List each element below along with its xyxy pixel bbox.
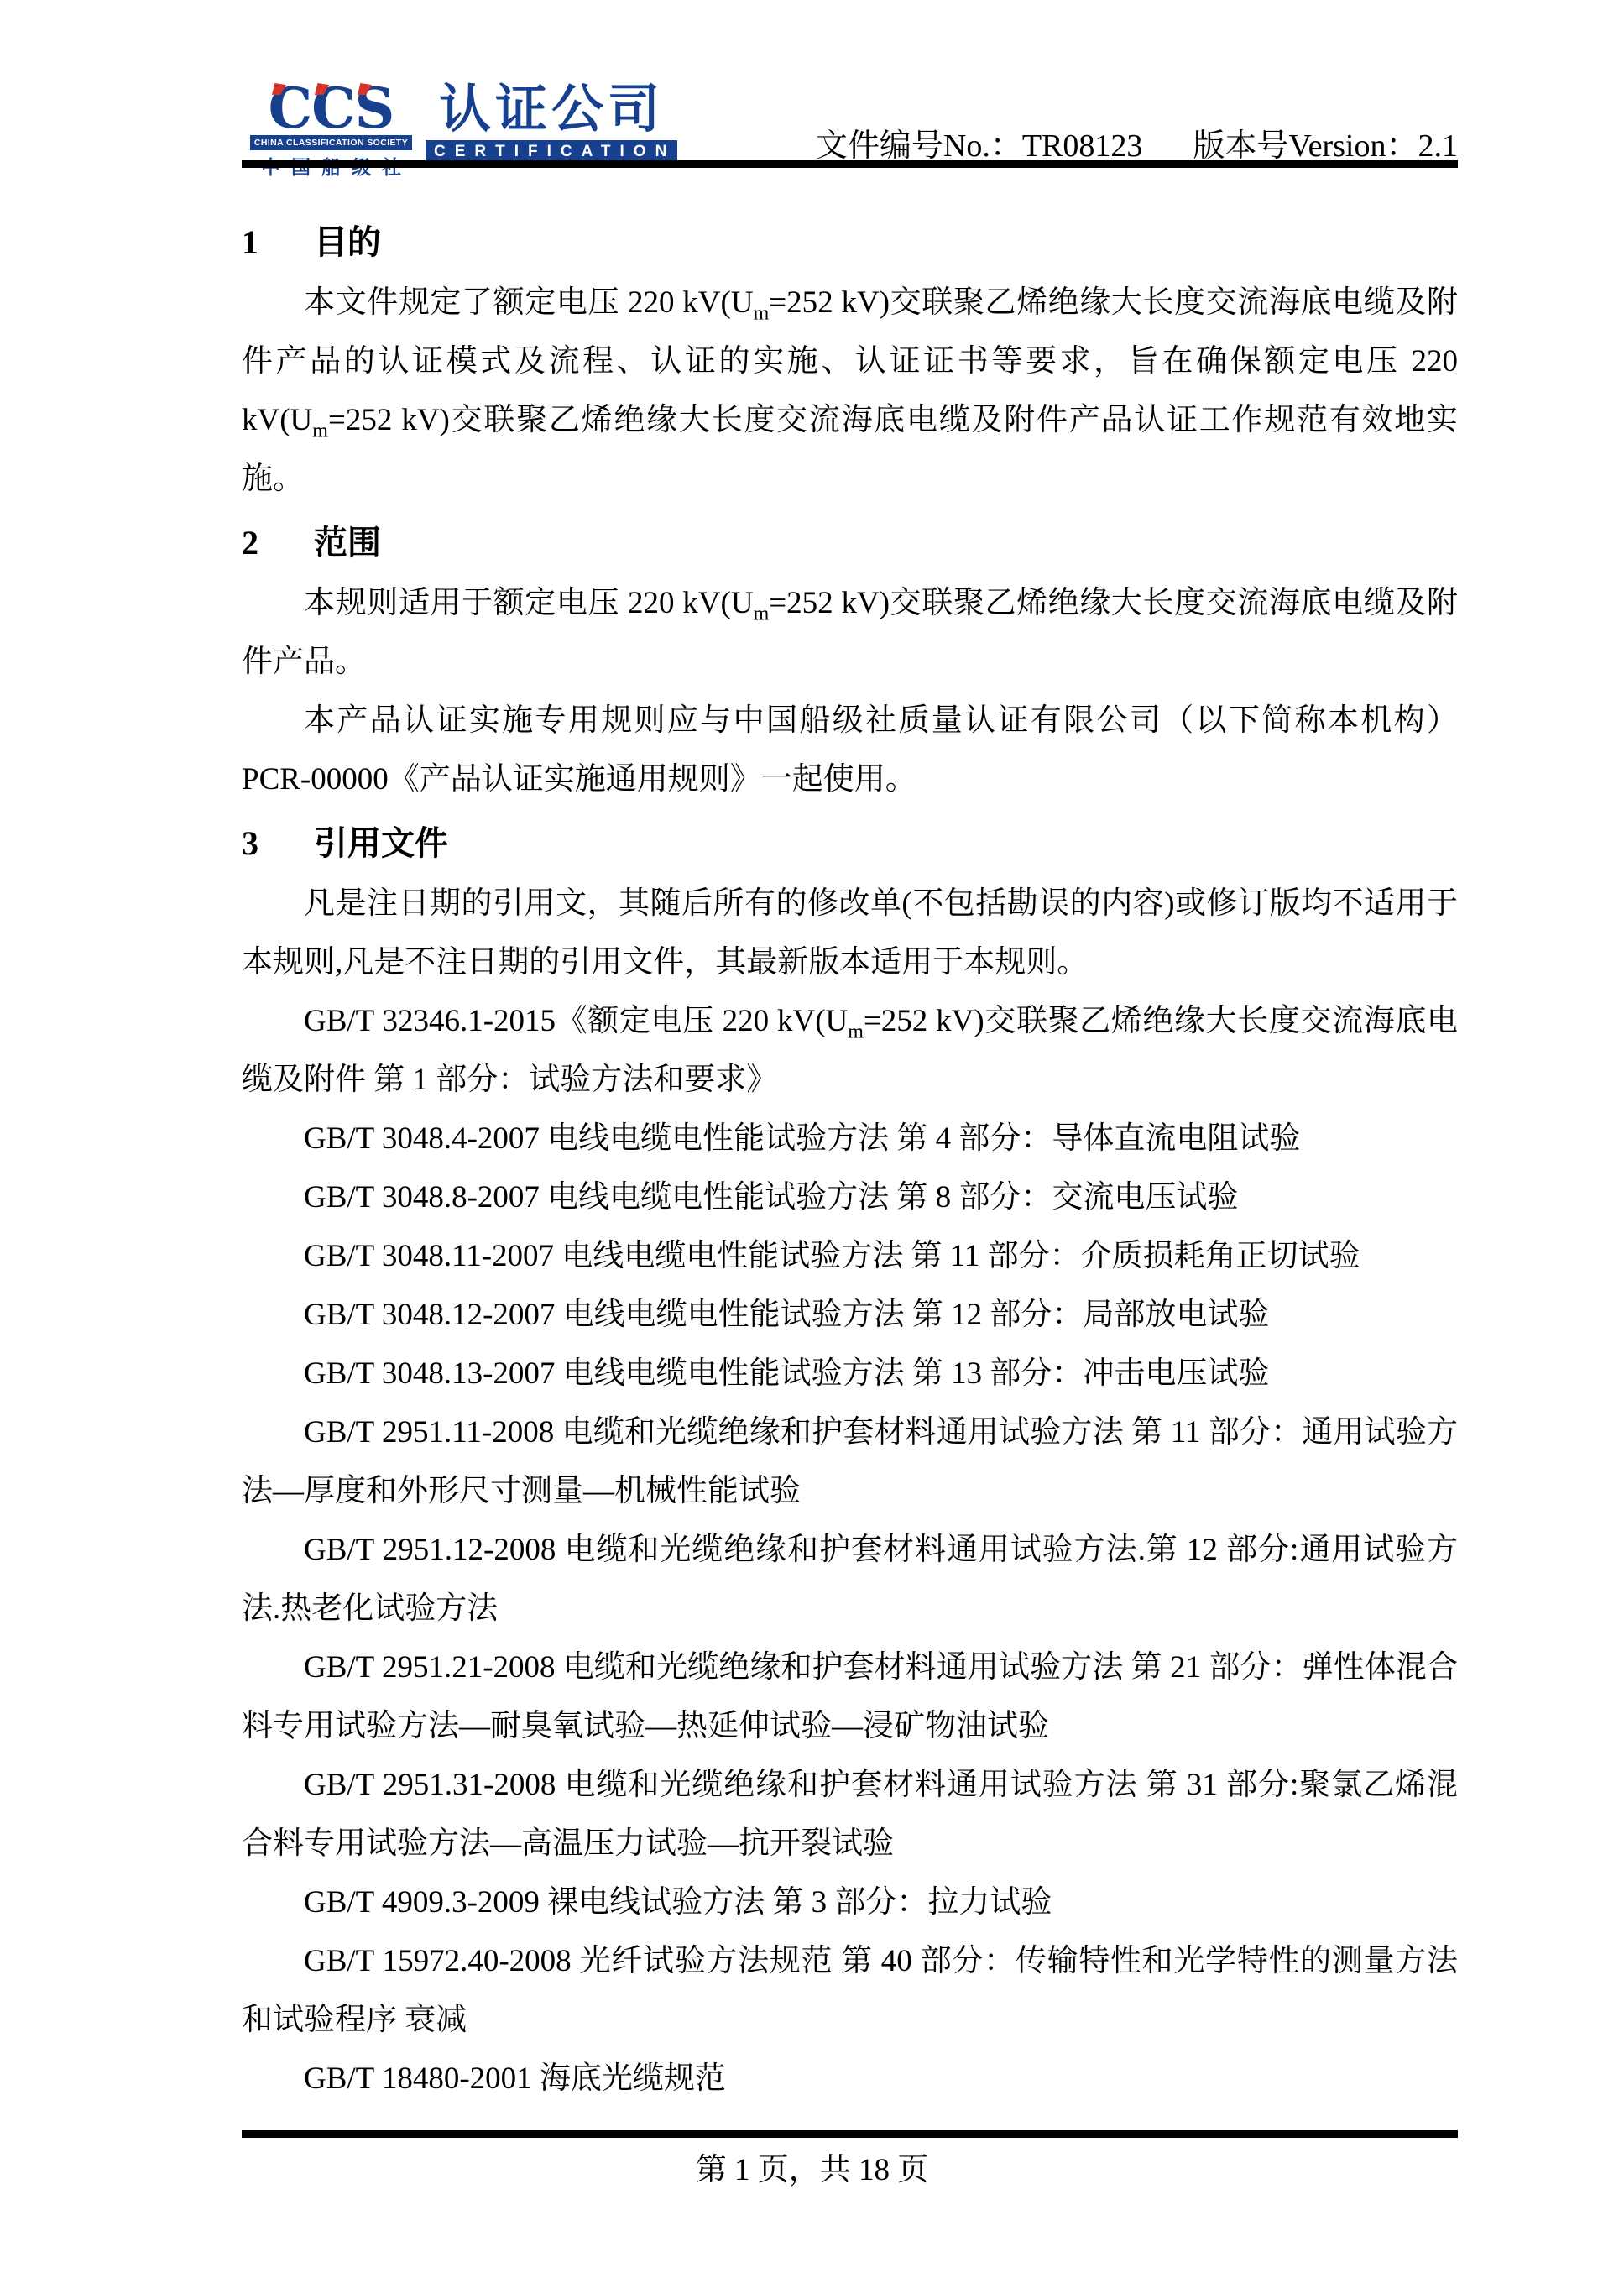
paragraph: GB/T 2951.21-2008 电缆和光缆绝缘和护套材料通用试验方法 第 2… [242,1638,1458,1756]
paragraph: GB/T 2951.31-2008 电缆和光缆绝缘和护套材料通用试验方法 第 3… [242,1756,1458,1873]
section-number: 1 [242,213,265,272]
paragraph: GB/T 3048.11-2007 电线电缆电性能试验方法 第 11 部分：介质… [242,1227,1458,1286]
paragraph: GB/T 3048.12-2007 电线电缆电性能试验方法 第 12 部分：局部… [242,1286,1458,1345]
ccs-logo-right: 认证公司 CERTIFICATION [426,84,677,164]
header-rule [242,160,1458,168]
section-title: 范围 [314,524,381,562]
paragraph: GB/T 3048.8-2007 电线电缆电性能试验方法 第 8 部分：交流电压… [242,1168,1458,1227]
paragraph: 本文件规定了额定电压 220 kV(Um=252 kV)交联聚乙烯绝缘大长度交流… [242,274,1458,509]
paragraph: 本产品认证实施专用规则应与中国船级社质量认证有限公司（以下简称本机构）PCR-0… [242,692,1458,809]
paragraph: GB/T 3048.13-2007 电线电缆电性能试验方法 第 13 部分：冲击… [242,1345,1458,1403]
paragraph: 本规则适用于额定电压 220 kV(Um=252 kV)交联聚乙烯绝缘大长度交流… [242,574,1458,692]
certification-company-chinese: 认证公司 [426,84,677,136]
page-number-text: 第 1 页，共 18 页 [696,2153,929,2187]
paragraph: 凡是注日期的引用文，其随后所有的修改单(不包括勘误的内容)或修订版均不适用于本规… [242,875,1458,992]
page-footer: 第 1 页，共 18 页 [0,2145,1624,2196]
doc-number: 文件编号No.：TR08123 [816,128,1143,164]
section-heading-3: 3引用文件 [242,814,1458,873]
section-title: 引用文件 [314,824,448,862]
header-meta: 文件编号No.：TR08123版本号Version：2.1 [816,119,1458,165]
section-title: 目的 [314,223,381,261]
section-number: 3 [242,814,265,873]
version-number: 版本号Version：2.1 [1193,128,1458,164]
paragraph: GB/T 4909.3-2009 裸电线试验方法 第 3 部分：拉力试验 [242,1873,1458,1932]
section-heading-2: 2范围 [242,514,1458,572]
footer-rule [242,2130,1458,2138]
document-page: CCS CHINA CLASSIFICATION SOCIETY 中国船级社 认… [0,0,1624,2278]
paragraph: GB/T 2951.11-2008 电缆和光缆绝缘和护套材料通用试验方法 第 1… [242,1403,1458,1521]
paragraph: GB/T 32346.1-2015《额定电压 220 kV(Um=252 kV)… [242,992,1458,1110]
paragraph: GB/T 3048.4-2007 电线电缆电性能试验方法 第 4 部分：导体直流… [242,1110,1458,1168]
paragraph: GB/T 15972.40-2008 光纤试验方法规范 第 40 部分：传输特性… [242,1932,1458,2050]
paragraph: GB/T 18480-2001 海底光缆规范 [242,2050,1458,2108]
paragraph: GB/T 2951.12-2008 电缆和光缆绝缘和护套材料通用试验方法.第 1… [242,1521,1458,1638]
section-heading-1: 1目的 [242,213,1458,272]
section-number: 2 [242,514,265,572]
document-body: 1目的本文件规定了额定电压 220 kV(Um=252 kV)交联聚乙烯绝缘大长… [242,208,1458,2108]
